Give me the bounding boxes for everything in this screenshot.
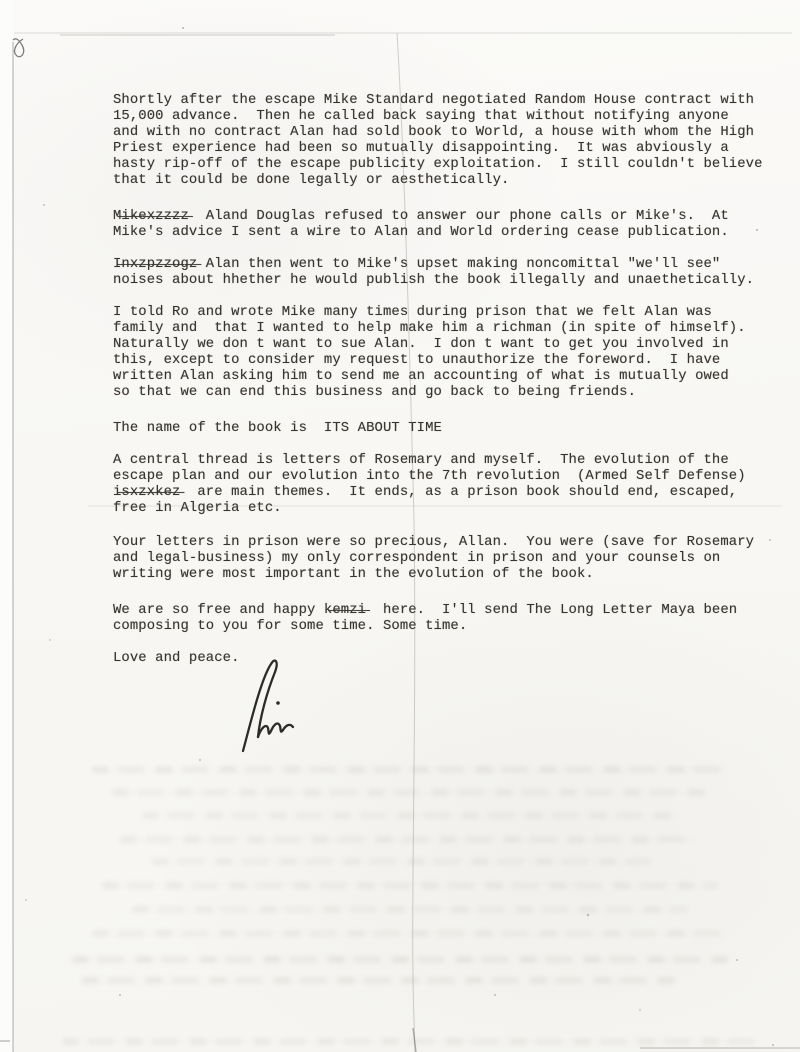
bleed-through-row [62, 1038, 762, 1045]
paragraph-3: I̶n̶x̶z̶p̶z̶z̶o̶g̶z̶ Alan then went to M… [113, 256, 773, 288]
scanned-letter-page: Shortly after the escape Mike Standard n… [0, 0, 800, 1052]
bleed-through-row [142, 812, 678, 819]
paragraph-7: Your letters in prison were so precious,… [113, 534, 773, 582]
bleed-through-row [120, 836, 696, 843]
bleed-through-row [72, 956, 728, 963]
bleed-through-row [92, 766, 728, 773]
bleed-through-row [102, 882, 718, 889]
bleed-through-row [82, 977, 678, 984]
paragraph-9-closing: Love and peace. [113, 650, 773, 666]
paragraph-2: M̶i̶k̶e̶x̶z̶z̶z̶z̶ Aland Douglas refused… [113, 208, 773, 240]
paragraph-1: Shortly after the escape Mike Standard n… [113, 92, 773, 188]
paragraph-8: We are so free and happy k̶e̶m̶z̶i̶ here… [113, 602, 773, 634]
bleed-through-row [92, 930, 728, 937]
pen-squiggle-mark [13, 39, 24, 57]
bleed-through-row [152, 858, 652, 865]
signature-scrawl [225, 653, 345, 763]
paragraph-5-book-title: The name of the book is ITS ABOUT TIME [113, 420, 773, 436]
paragraph-4: I told Ro and wrote Mike many times duri… [113, 304, 773, 400]
bleed-through-row [132, 906, 688, 913]
paragraph-6: A central thread is letters of Rosemary … [113, 452, 773, 516]
paper-edge-strip [0, 0, 13, 1052]
bleed-through-row [112, 789, 708, 796]
signature-i-dot [276, 701, 280, 705]
